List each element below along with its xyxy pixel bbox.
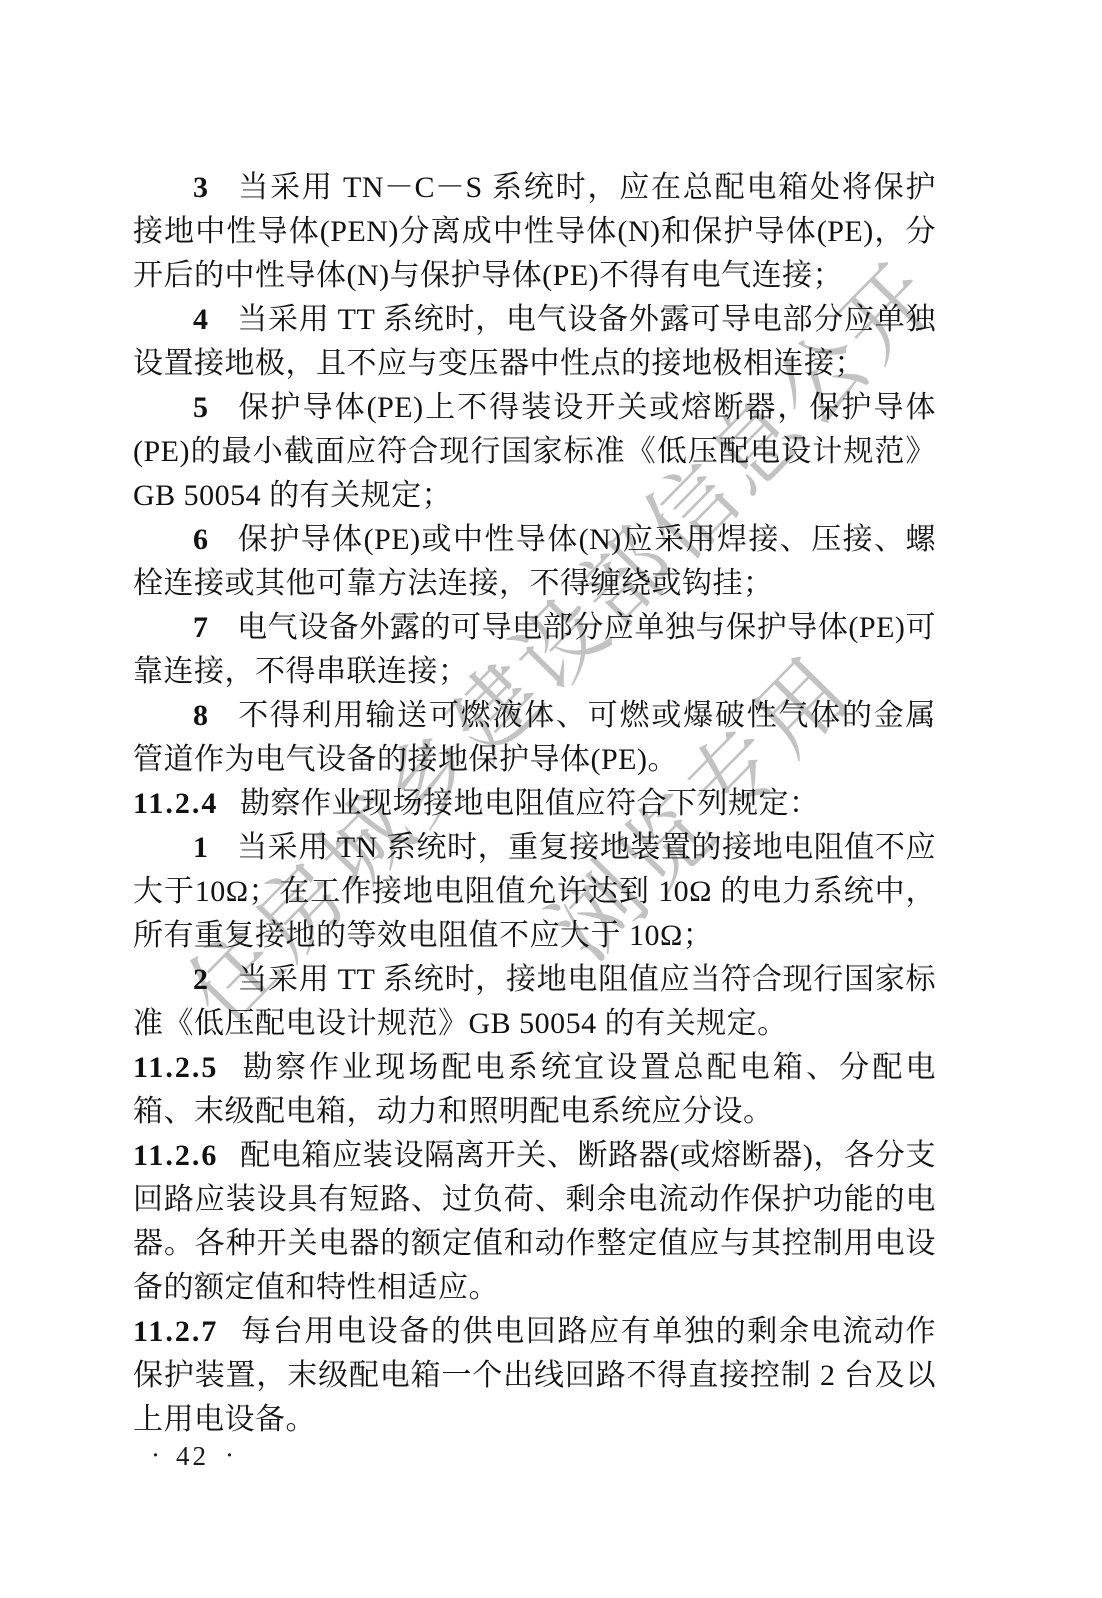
item-number: 1 bbox=[193, 831, 209, 864]
item-text: 当采用 TT 系统时，接地电阻值应当符合现行国家标准《低压配电设计规范》GB 5… bbox=[133, 963, 936, 1040]
item-text: 当采用 TN 系统时，重复接地装置的接地电阻值不应大于10Ω；在工作接地电阻值允… bbox=[133, 831, 936, 952]
clause-11-2-5: 11.2.5勘察作业现场配电系统宜设置总配电箱、分配电箱、末级配电箱，动力和照明… bbox=[133, 1046, 936, 1134]
clause-text: 配电箱应装设隔离开关、断路器(或熔断器)，各分支回路应装设具有短路、过负荷、剩余… bbox=[133, 1139, 936, 1304]
item-number: 7 bbox=[193, 611, 209, 644]
clause-number: 11.2.7 bbox=[133, 1315, 218, 1348]
clause-item-3: 3当采用 TN－C－S 系统时，应在总配电箱处将保护接地中性导体(PEN)分离成… bbox=[133, 166, 936, 298]
item-number: 3 bbox=[193, 171, 209, 204]
clause-item-7: 7电气设备外露的可导电部分应单独与保护导体(PE)可靠连接，不得串联连接； bbox=[133, 606, 936, 694]
page-number: 42 bbox=[176, 1441, 209, 1471]
item-number: 6 bbox=[193, 523, 209, 556]
footer-dot-left: · bbox=[151, 1440, 160, 1470]
clause-number: 11.2.5 bbox=[133, 1051, 218, 1084]
clause-11-2-4: 11.2.4勘察作业现场接地电阻值应符合下列规定： bbox=[133, 782, 936, 826]
clause-text: 勘察作业现场配电系统宜设置总配电箱、分配电箱、末级配电箱，动力和照明配电系统应分… bbox=[133, 1051, 936, 1128]
item-text: 保护导体(PE)或中性导体(N)应采用焊接、压接、螺栓连接或其他可靠方法连接，不… bbox=[133, 523, 936, 600]
item-number: 5 bbox=[193, 391, 209, 424]
clause-item-1: 1当采用 TN 系统时，重复接地装置的接地电阻值不应大于10Ω；在工作接地电阻值… bbox=[133, 826, 936, 958]
item-text: 电气设备外露的可导电部分应单独与保护导体(PE)可靠连接，不得串联连接； bbox=[133, 611, 936, 688]
clause-number: 11.2.6 bbox=[133, 1139, 218, 1172]
clause-item-5: 5保护导体(PE)上不得装设开关或熔断器，保护导体(PE)的最小截面应符合现行国… bbox=[133, 386, 936, 518]
clause-item-8: 8不得利用输送可燃液体、可燃或爆破性气体的金属管道作为电气设备的接地保护导体(P… bbox=[133, 694, 936, 782]
document-page: 住房城乡建设部信息公开 浏览专用 3当采用 TN－C－S 系统时，应在总配电箱处… bbox=[0, 0, 1102, 1598]
item-number: 2 bbox=[193, 963, 209, 996]
clause-text: 勘察作业现场接地电阻值应符合下列规定： bbox=[240, 787, 820, 820]
clause-number: 11.2.4 bbox=[133, 787, 218, 820]
item-number: 4 bbox=[193, 303, 209, 336]
clause-item-6: 6保护导体(PE)或中性导体(N)应采用焊接、压接、螺栓连接或其他可靠方法连接，… bbox=[133, 518, 936, 606]
item-text: 保护导体(PE)上不得装设开关或熔断器，保护导体(PE)的最小截面应符合现行国家… bbox=[133, 391, 936, 512]
page-footer: ·42· bbox=[151, 1438, 234, 1473]
clause-item-4: 4当采用 TT 系统时，电气设备外露可导电部分应单独设置接地极，且不应与变压器中… bbox=[133, 298, 936, 386]
clause-item-2: 2当采用 TT 系统时，接地电阻值应当符合现行国家标准《低压配电设计规范》GB … bbox=[133, 958, 936, 1046]
item-text: 不得利用输送可燃液体、可燃或爆破性气体的金属管道作为电气设备的接地保护导体(PE… bbox=[133, 699, 936, 776]
item-number: 8 bbox=[193, 699, 209, 732]
document-body: 3当采用 TN－C－S 系统时，应在总配电箱处将保护接地中性导体(PEN)分离成… bbox=[133, 0, 936, 1442]
item-text: 当采用 TN－C－S 系统时，应在总配电箱处将保护接地中性导体(PEN)分离成中… bbox=[133, 171, 936, 292]
clause-11-2-7: 11.2.7每台用电设备的供电回路应有单独的剩余电流动作保护装置，末级配电箱一个… bbox=[133, 1310, 936, 1442]
clause-text: 每台用电设备的供电回路应有单独的剩余电流动作保护装置，末级配电箱一个出线回路不得… bbox=[133, 1315, 936, 1436]
clause-11-2-6: 11.2.6配电箱应装设隔离开关、断路器(或熔断器)，各分支回路应装设具有短路、… bbox=[133, 1134, 936, 1310]
item-text: 当采用 TT 系统时，电气设备外露可导电部分应单独设置接地极，且不应与变压器中性… bbox=[133, 303, 936, 380]
footer-dot-right: · bbox=[225, 1440, 234, 1470]
